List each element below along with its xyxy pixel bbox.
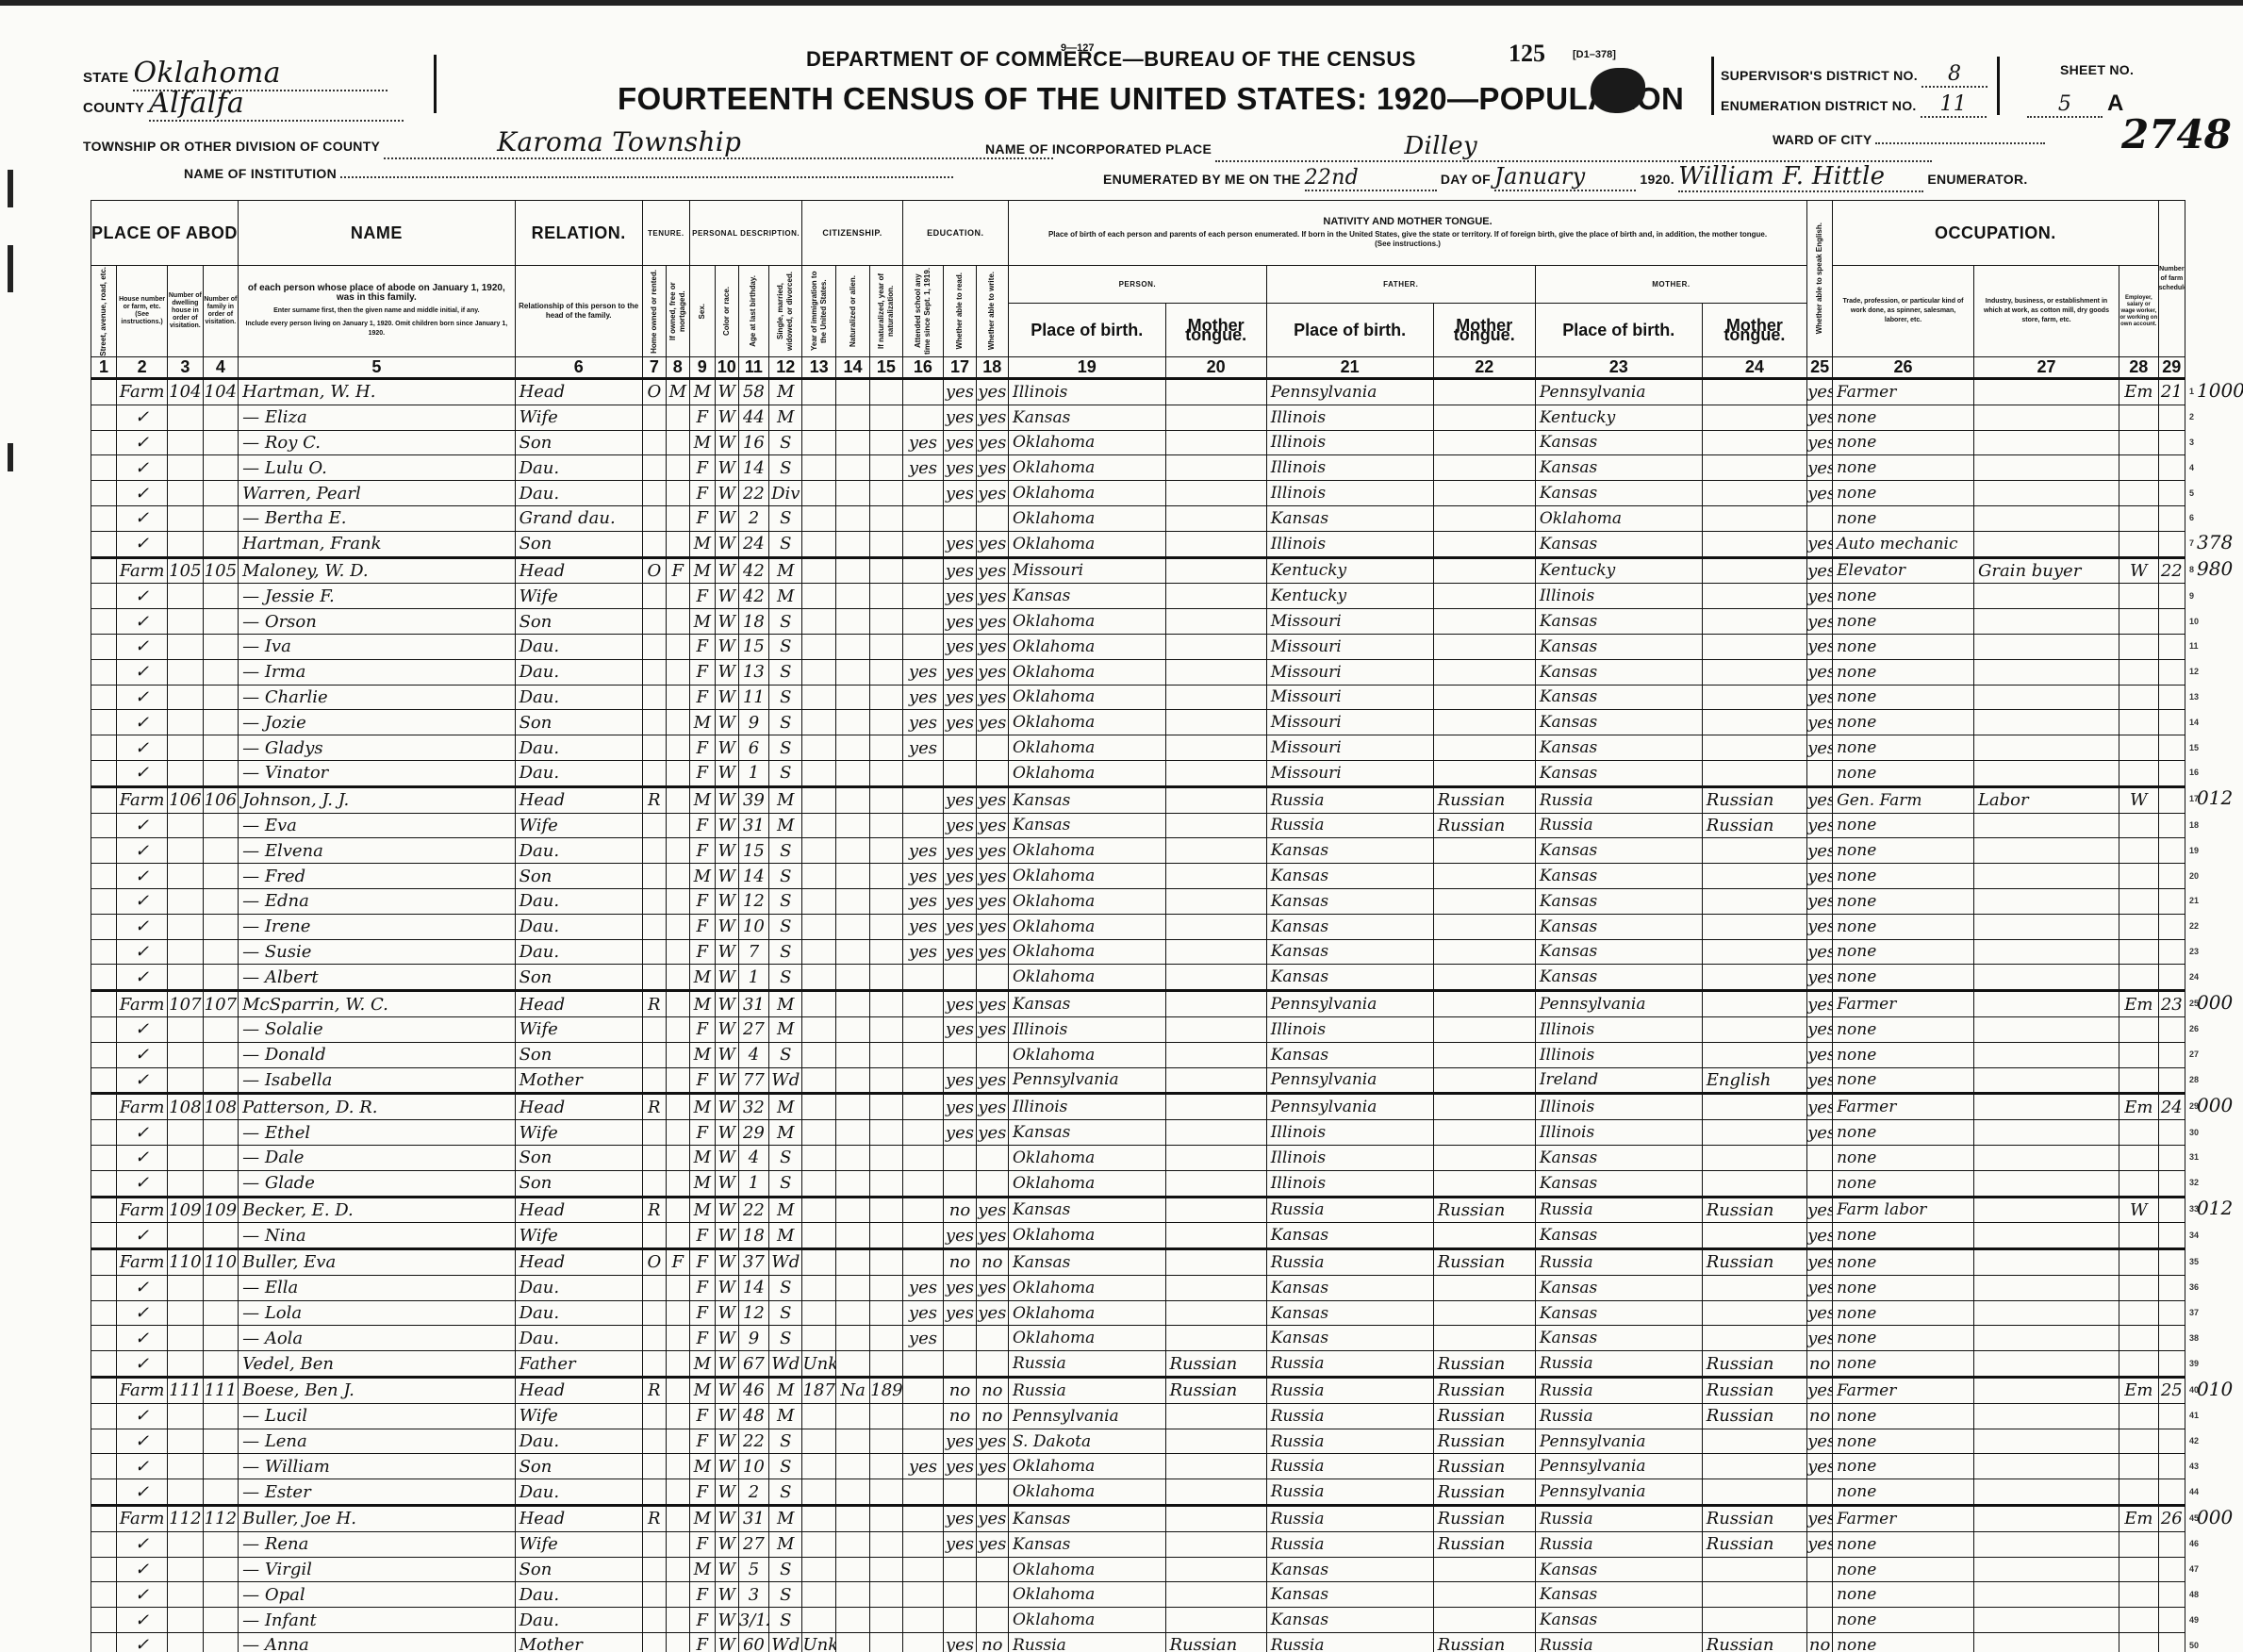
year-value: 1920. [1640,172,1674,187]
family-number-cell [203,455,238,481]
owned-free-cell [666,505,689,531]
father-tongue-cell [1433,1582,1535,1608]
street-cell [91,405,117,430]
age-cell: 31 [738,813,768,838]
enumerated-field: ENUMERATED BY ME ON THE 22nd DAY OF Janu… [1103,162,2028,192]
father-birthplace-cell: Illinois [1266,405,1433,430]
can-write-cell: yes [976,685,1008,710]
mother-birthplace-cell: Pennsylvania [1535,379,1702,405]
street-cell [91,1120,117,1146]
mother-birthplace-cell: Russia [1535,1197,1702,1223]
race-cell: W [715,1223,738,1249]
mother-mother-tongue-cell: Russian [1702,786,1806,813]
father-tongue-cell [1433,1300,1535,1326]
relation-cell: Head [515,379,642,405]
line-number: 32 [2189,1178,2199,1187]
can-write-cell: yes [976,584,1008,609]
father-birthplace-cell: Kentucky [1266,584,1433,609]
age-cell: 22 [738,1197,768,1223]
mother-birthplace-cell: Kansas [1535,659,1702,685]
street-cell [91,584,117,609]
street-cell [91,659,117,685]
birthplace-cell: Oklahoma [1009,1582,1166,1608]
birthplace-cell: Kansas [1009,1197,1166,1223]
table-row: ✓— Bertha E.Grand dau.FW2SOklahomaKansas… [91,505,2185,531]
table-row: ✓— VirgilSonMW5SOklahomaKansasKansasnone [91,1557,2185,1582]
family-number-cell [203,531,238,557]
home-owned-cell [642,965,666,991]
birthplace-cell: Oklahoma [1009,939,1166,965]
speaks-english-cell: yes [1807,965,1833,991]
street-cell [91,1042,117,1067]
can-write-cell: yes [976,838,1008,864]
speaks-english-cell: yes [1807,813,1833,838]
family-number-cell: 110 [203,1249,238,1276]
industry-cell [1973,584,2119,609]
line-number: 31 [2189,1152,2199,1162]
occupation-cell: none [1833,1454,1974,1479]
father-tongue-cell: Russian [1433,1351,1535,1378]
birthplace-cell: Oklahoma [1009,1042,1166,1067]
person-name-cell: — Virgil [239,1557,515,1582]
mother-tongue-cell [1165,1326,1266,1351]
immigration-year-cell [802,965,835,991]
mother-tongue-cell [1165,735,1266,761]
dwelling-number-cell [168,634,203,659]
immigration-year-cell [802,838,835,864]
mother-mother-tongue-cell: Russian [1702,1378,1806,1404]
home-owned-cell [642,584,666,609]
naturalized-cell [835,379,869,405]
dwelling-number-cell [168,914,203,939]
col8-label: If owned, free or mortgaged. [668,266,687,356]
table-row: ✓— OpalDau.FW3SOklahomaKansasKansasnone [91,1582,2185,1608]
can-read-cell: yes [944,1223,976,1249]
family-number-cell: 108 [203,1094,238,1120]
header-col1: Street, avenue, road, etc. [91,266,117,357]
occupation-cell: Elevator [1833,557,1974,584]
attended-school-cell [902,1403,944,1429]
immigration-year-cell [802,914,835,939]
naturalized-cell [835,1300,869,1326]
can-read-cell: yes [944,1120,976,1146]
column-number-19: 19 [1009,357,1166,379]
immigration-year-cell [802,760,835,786]
home-owned-cell [642,1633,666,1652]
table-row: ✓— IrmaDau.FW13SyesyesyesOklahomaMissour… [91,659,2185,685]
naturalization-year-cell [870,1120,902,1146]
family-number-cell [203,1042,238,1067]
person-name-cell: — Jozie [239,710,515,735]
birthplace-cell: Pennsylvania [1009,1403,1166,1429]
naturalization-year-cell [870,735,902,761]
column-number-18: 18 [976,357,1008,379]
sex-cell: F [689,1429,715,1454]
naturalized-cell: Na [835,1378,869,1404]
mother-mother-tongue-cell [1702,557,1806,584]
attended-school-cell: yes [902,838,944,864]
occupation-cell: none [1833,481,1974,506]
employer-class-cell: Em [2119,1378,2158,1404]
mother-mother-tongue-cell [1702,1145,1806,1170]
father-tongue-cell [1433,1608,1535,1633]
sex-cell: F [689,914,715,939]
person-name-cell: — Nina [239,1223,515,1249]
mother-tongue-cell [1165,1223,1266,1249]
mother-mother-tongue-cell [1702,1042,1806,1067]
header-col28: Employer, salary or wage worker, or work… [2119,266,2158,357]
relation-cell: Dau. [515,1479,642,1506]
house-number-cell: ✓ [117,685,168,710]
attended-school-cell [902,1608,944,1633]
attended-school-cell: yes [902,455,944,481]
farm-schedule-cell [2158,760,2185,786]
employer-class-cell [2119,531,2158,557]
person-name-cell: — Irma [239,659,515,685]
father-tongue-cell [1433,735,1535,761]
age-cell: 11 [738,685,768,710]
employer-class-cell [2119,760,2158,786]
dwelling-number-cell [168,505,203,531]
naturalization-year-cell [870,939,902,965]
race-cell: W [715,1326,738,1351]
age-cell: 12 [738,888,768,914]
house-number-cell: ✓ [117,735,168,761]
speaks-english-cell: yes [1807,379,1833,405]
column-number-23: 23 [1535,357,1702,379]
family-number-cell [203,939,238,965]
house-number-cell: ✓ [117,813,168,838]
naturalization-year-cell [870,584,902,609]
owned-free-cell [666,710,689,735]
industry-cell [1973,864,2119,889]
column-number-28: 28 [2119,357,2158,379]
line-number: 7 [2189,538,2194,548]
line-number: 26 [2189,1024,2199,1033]
mother-tongue-cell [1165,379,1266,405]
father-birthplace-cell: Missouri [1266,760,1433,786]
mother-tongue-cell [1165,1300,1266,1326]
can-write-cell: no [976,1378,1008,1404]
owned-free-cell [666,1300,689,1326]
house-number-cell: ✓ [117,405,168,430]
naturalization-year-cell [870,838,902,864]
birthplace-cell: S. Dakota [1009,1429,1166,1454]
mother-mother-tongue-cell [1702,1275,1806,1300]
owned-free-cell [666,1506,689,1532]
occupation-cell: none [1833,1016,1974,1042]
father-birthplace-cell: Kentucky [1266,557,1433,584]
house-number-cell: ✓ [117,939,168,965]
home-owned-cell [642,1403,666,1429]
speaks-english-cell: yes [1807,584,1833,609]
speaks-english-cell: yes [1807,864,1833,889]
race-cell: W [715,965,738,991]
column-number-3: 3 [168,357,203,379]
table-row: ✓— GladysDau.FW6SyesOklahomaMissouriKans… [91,735,2185,761]
industry-cell [1973,1300,2119,1326]
owned-free-cell [666,1403,689,1429]
home-owned-cell [642,939,666,965]
occupation-cell: Farmer [1833,1506,1974,1532]
industry-cell [1973,1249,2119,1276]
marital-status-cell: S [769,760,802,786]
father-tongue-cell [1433,1326,1535,1351]
can-write-cell: yes [976,1094,1008,1120]
speaks-english-cell: yes [1807,1067,1833,1094]
county-value: Alfalfa [149,87,404,122]
house-number-cell: ✓ [117,1042,168,1067]
sex-cell: F [689,1223,715,1249]
home-owned-cell [642,1429,666,1454]
enumerator-label: ENUMERATOR. [1927,172,2027,187]
speaks-english-cell [1807,760,1833,786]
naturalized-cell [835,1275,869,1300]
can-write-cell: yes [976,405,1008,430]
mother-birthplace-cell: Pennsylvania [1535,1454,1702,1479]
naturalized-cell [835,939,869,965]
father-birthplace-cell: Russia [1266,1531,1433,1557]
street-cell [91,1531,117,1557]
age-cell: 14 [738,864,768,889]
can-read-cell: yes [944,379,976,405]
farm-schedule-cell [2158,1479,2185,1506]
sex-cell: F [689,685,715,710]
line-number: 39 [2189,1359,2199,1368]
occupation-cell: none [1833,735,1974,761]
dwelling-number-cell [168,1429,203,1454]
owned-free-cell [666,1429,689,1454]
owned-free-cell [666,1042,689,1067]
industry-cell [1973,1016,2119,1042]
birthplace-cell: Oklahoma [1009,430,1166,455]
can-write-cell: yes [976,634,1008,659]
person-name-cell: — Dale [239,1145,515,1170]
occupation-cell: none [1833,1170,1974,1197]
line-number: 6 [2189,513,2194,522]
sheet-label: SHEET NO. [2060,62,2134,77]
dwelling-number-cell [168,609,203,635]
header-col29: Number of farm schedule. [2158,201,2185,357]
header-education: EDUCATION. [902,201,1008,266]
supervisor-field: SUPERVISOR'S DISTRICT NO. 8 [1721,62,1987,88]
speaks-english-cell: yes [1807,1531,1833,1557]
person-name-cell: Boese, Ben J. [239,1378,515,1404]
line-number: 9 [2189,591,2194,601]
page-stamp: 125 [1509,40,1545,68]
race-cell: W [715,710,738,735]
father-birthplace-cell: Kansas [1266,1608,1433,1633]
speaks-english-cell [1807,1582,1833,1608]
family-number-cell [203,1403,238,1429]
person-name-cell: — Lena [239,1429,515,1454]
employer-class-cell [2119,455,2158,481]
can-read-cell: no [944,1403,976,1429]
naturalized-cell [835,1479,869,1506]
mother-birthplace-cell: Kansas [1535,1145,1702,1170]
farm-schedule-cell [2158,481,2185,506]
marital-status-cell: M [769,584,802,609]
person-name-cell: — Fred [239,864,515,889]
mother-birthplace-cell: Pennsylvania [1535,1479,1702,1506]
employer-class-cell [2119,685,2158,710]
occupation-cell: none [1833,1582,1974,1608]
father-birthplace-cell: Pennsylvania [1266,1067,1433,1094]
immigration-year-cell [802,1582,835,1608]
dwelling-number-cell [168,1170,203,1197]
owned-free-cell [666,864,689,889]
owned-free-cell [666,1582,689,1608]
can-read-cell: yes [944,864,976,889]
column-number-10: 10 [715,357,738,379]
house-number-cell: ✓ [117,1479,168,1506]
occupation-cell: none [1833,864,1974,889]
speaks-english-cell: no [1807,1633,1833,1652]
age-cell: 22 [738,481,768,506]
race-cell: W [715,609,738,635]
marital-status-cell: S [769,1326,802,1351]
home-owned-cell [642,1326,666,1351]
sex-cell: F [689,455,715,481]
race-cell: W [715,1170,738,1197]
father-birthplace-cell: Kansas [1266,888,1433,914]
house-number-cell: ✓ [117,1454,168,1479]
mother-birthplace-cell: Oklahoma [1535,505,1702,531]
table-row: ✓— EvaWifeFW31MyesyesKansasRussiaRussian… [91,813,2185,838]
immigration-year-cell: Unknown [802,1633,835,1652]
immigration-year-cell [802,1094,835,1120]
family-number-cell [203,685,238,710]
mother-birthplace-cell: Kansas [1535,1300,1702,1326]
father-birthplace-cell: Illinois [1266,481,1433,506]
table-row: ✓— IreneDau.FW10SyesyesyesOklahomaKansas… [91,914,2185,939]
column-number-11: 11 [738,357,768,379]
line-number: 42 [2189,1436,2199,1445]
can-read-cell: yes [944,1429,976,1454]
person-name-cell: — Roy C. [239,430,515,455]
industry-cell [1973,760,2119,786]
home-owned-cell [642,455,666,481]
mother-mother-tongue-cell [1702,1582,1806,1608]
can-read-cell [944,1042,976,1067]
column-number-8: 8 [666,357,689,379]
line-number: 47 [2189,1564,2199,1574]
mother-birthplace-cell: Kansas [1535,939,1702,965]
line-number: 22 [2189,921,2199,931]
marital-status-cell: S [769,430,802,455]
father-birthplace-cell: Kansas [1266,1582,1433,1608]
occupation-cell: none [1833,1479,1974,1506]
mother-tongue-cell [1165,1067,1266,1094]
sex-cell: F [689,1275,715,1300]
birthplace-cell: Kansas [1009,786,1166,813]
father-tongue-cell [1433,455,1535,481]
home-owned-cell: R [642,1378,666,1404]
employer-class-cell [2119,710,2158,735]
attended-school-cell [902,991,944,1017]
street-cell [91,1223,117,1249]
attended-school-cell: yes [902,1326,944,1351]
header-citizenship: CITIZENSHIP. [802,201,902,266]
naturalization-year-cell [870,481,902,506]
father-tongue-cell: Russian [1433,813,1535,838]
marital-status-cell: S [769,1170,802,1197]
person-name-cell: Becker, E. D. [239,1197,515,1223]
speaks-english-cell: yes [1807,1378,1833,1404]
owned-free-cell [666,965,689,991]
sex-cell: M [689,1094,715,1120]
naturalization-year-cell [870,813,902,838]
naturalized-cell [835,864,869,889]
street-cell [91,430,117,455]
attended-school-cell [902,481,944,506]
employer-class-cell: W [2119,786,2158,813]
naturalization-year-cell [870,1249,902,1276]
house-number-cell: ✓ [117,531,168,557]
race-cell: W [715,838,738,864]
table-row: Farm111111Boese, Ben J.HeadRMW46M1874Na1… [91,1378,2185,1404]
table-row: Farm112112Buller, Joe H.HeadRMW31Myesyes… [91,1506,2185,1532]
person-name-cell: Vedel, Ben [239,1351,515,1378]
occupation-cell: none [1833,1351,1974,1378]
sex-cell: F [689,505,715,531]
attended-school-cell [902,1633,944,1652]
father-tongue-cell [1433,584,1535,609]
father-tongue-cell [1433,379,1535,405]
street-cell [91,914,117,939]
street-cell [91,1378,117,1404]
home-owned-cell [642,1454,666,1479]
naturalization-year-cell [870,1145,902,1170]
race-cell: W [715,430,738,455]
immigration-year-cell [802,786,835,813]
speaks-english-cell: yes [1807,430,1833,455]
family-number-cell: 111 [203,1378,238,1404]
father-birthplace-cell: Russia [1266,1249,1433,1276]
line-number: 12 [2189,667,2199,676]
employer-class-cell [2119,1145,2158,1170]
mother-birthplace-cell: Kansas [1535,965,1702,991]
race-cell: W [715,1275,738,1300]
occupation-cell: none [1833,685,1974,710]
table-row: ✓— InfantDau.FW3/12SOklahomaKansasKansas… [91,1608,2185,1633]
father-tongue-cell [1433,1170,1535,1197]
street-cell [91,1351,117,1378]
relation-cell: Wife [515,1016,642,1042]
birthplace-cell: Kansas [1009,991,1166,1017]
mother-mother-tongue-cell: Russian [1702,1633,1806,1652]
mother-mother-tongue-cell [1702,685,1806,710]
mother-birthplace-cell: Russia [1535,813,1702,838]
attended-school-cell [902,531,944,557]
industry-cell [1973,735,2119,761]
home-owned-cell [642,735,666,761]
immigration-year-cell [802,1275,835,1300]
street-cell [91,1067,117,1094]
speaks-english-cell: yes [1807,710,1833,735]
father-birthplace-cell: Kansas [1266,939,1433,965]
employer-class-cell [2119,813,2158,838]
table-row: ✓— ElvenaDau.FW15SyesyesyesOklahomaKansa… [91,838,2185,864]
home-owned-cell [642,634,666,659]
person-name-cell: Warren, Pearl [239,481,515,506]
age-cell: 10 [738,1454,768,1479]
industry-cell [1973,1454,2119,1479]
naturalization-year-cell [870,1506,902,1532]
attended-school-cell: yes [902,710,944,735]
table-row: ✓— IsabellaMotherFW77WdyesyesPennsylvani… [91,1067,2185,1094]
street-cell [91,557,117,584]
